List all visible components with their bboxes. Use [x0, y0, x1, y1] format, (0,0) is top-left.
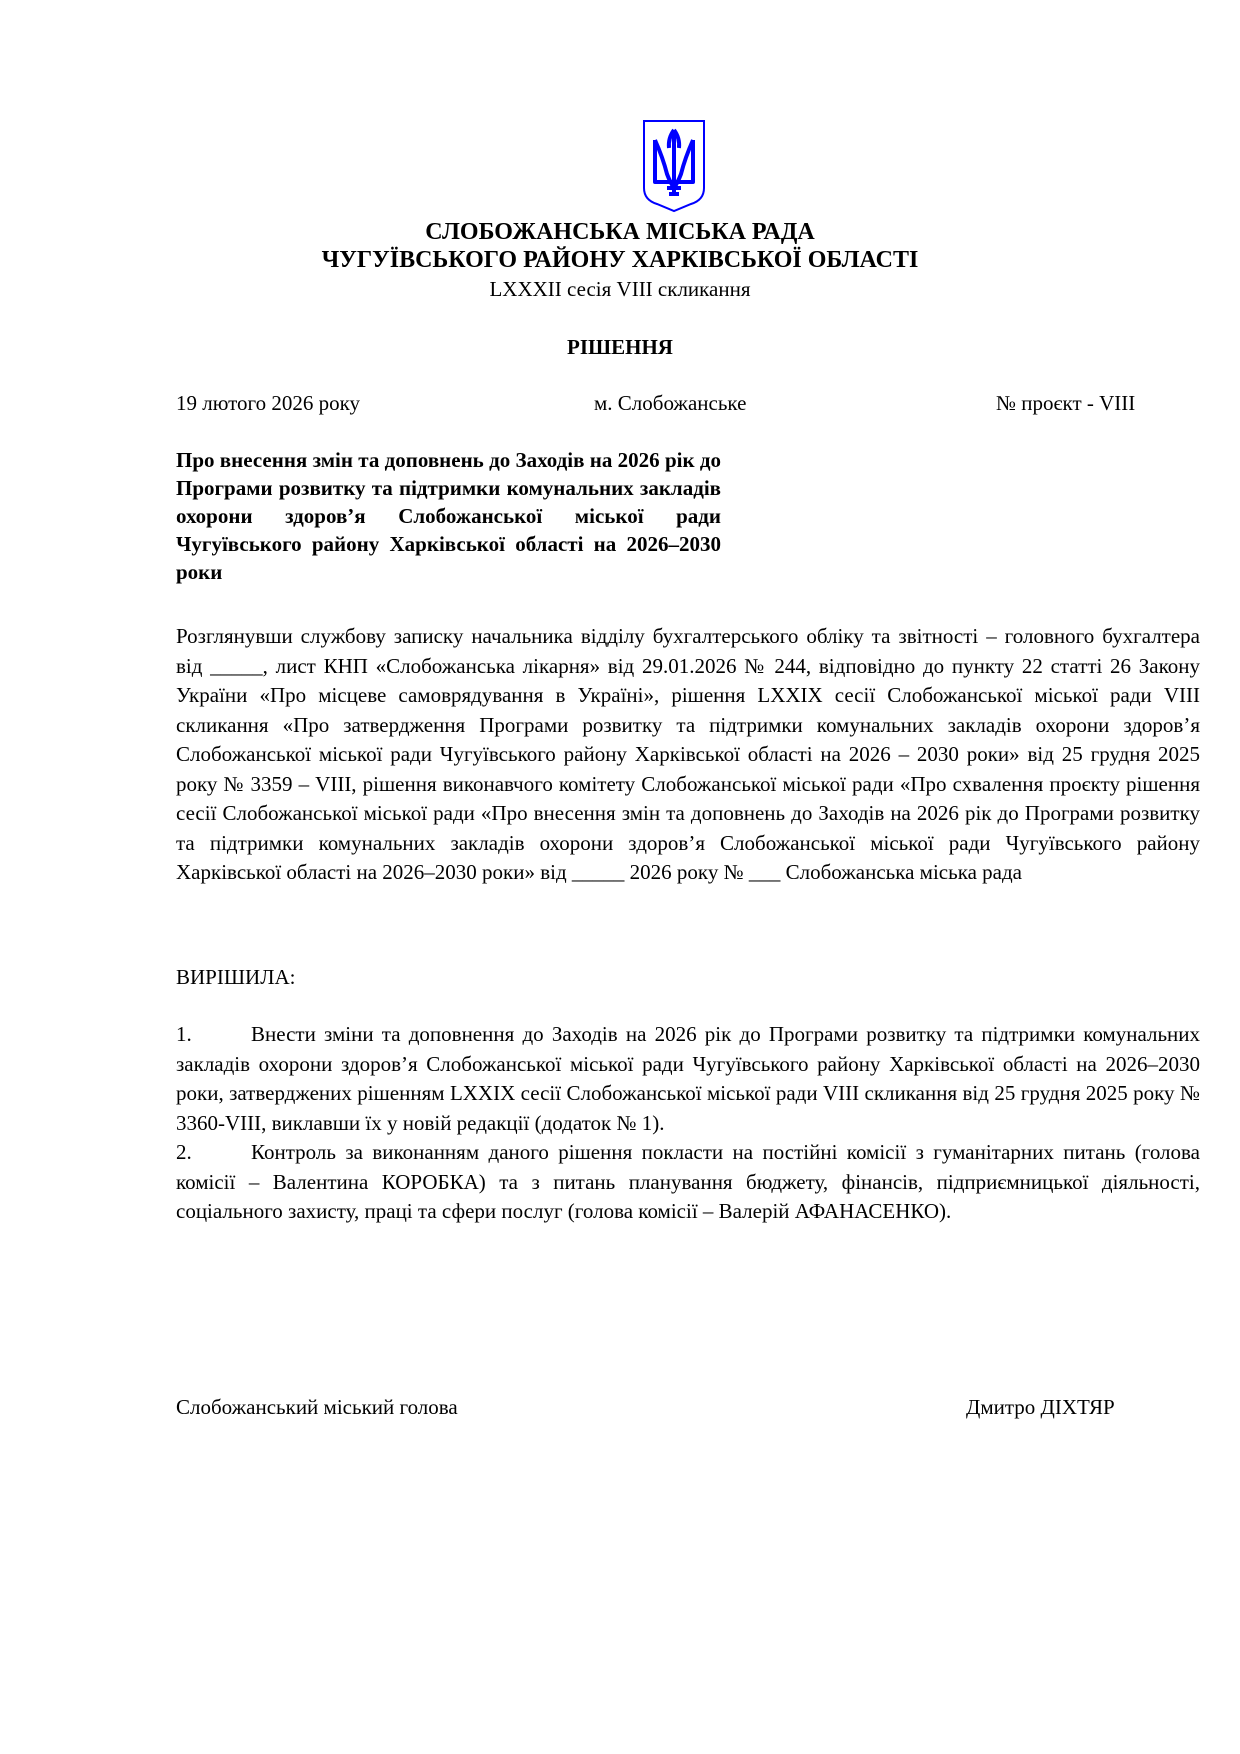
resolved-label: ВИРІШИЛА:	[176, 964, 295, 990]
item-text: Контроль за виконанням даного рішення по…	[176, 1140, 1200, 1223]
resolution-item: 1.Внести зміни та доповнення до Заходів …	[176, 1020, 1200, 1138]
district-name: ЧУГУЇВСЬКОГО РАЙОНУ ХАРКІВСЬКОЇ ОБЛАСТІ	[0, 246, 1240, 274]
item-number: 2.	[176, 1138, 251, 1168]
item-number: 1.	[176, 1020, 251, 1050]
document-page: СЛОБОЖАНСЬКА МІСЬКА РАДА ЧУГУЇВСЬКОГО РА…	[0, 0, 1240, 1754]
preamble-paragraph: Розглянувши службову записку начальника …	[176, 622, 1200, 888]
decision-subject: Про внесення змін та доповнень до Заході…	[176, 446, 721, 586]
document-type-title: РІШЕННЯ	[0, 334, 1240, 360]
resolution-item: 2.Контроль за виконанням даного рішення …	[176, 1138, 1200, 1227]
decision-date: 19 лютого 2026 року	[176, 390, 360, 416]
council-name: СЛОБОЖАНСЬКА МІСЬКА РАДА	[0, 218, 1240, 246]
session-line: LXXXII сесія VIII скликання	[0, 276, 1240, 302]
decision-number: № проєкт - VIII	[996, 390, 1135, 416]
resolution-items: 1.Внести зміни та доповнення до Заходів …	[176, 1020, 1200, 1227]
ukraine-trident-coat-of-arms-icon	[641, 118, 707, 214]
decision-city: м. Слобожанське	[594, 390, 746, 416]
signatory-name: Дмитро ДІХТЯР	[966, 1394, 1115, 1420]
item-text: Внести зміни та доповнення до Заходів на…	[176, 1022, 1200, 1135]
signatory-position: Слобожанський міський голова	[176, 1394, 458, 1420]
